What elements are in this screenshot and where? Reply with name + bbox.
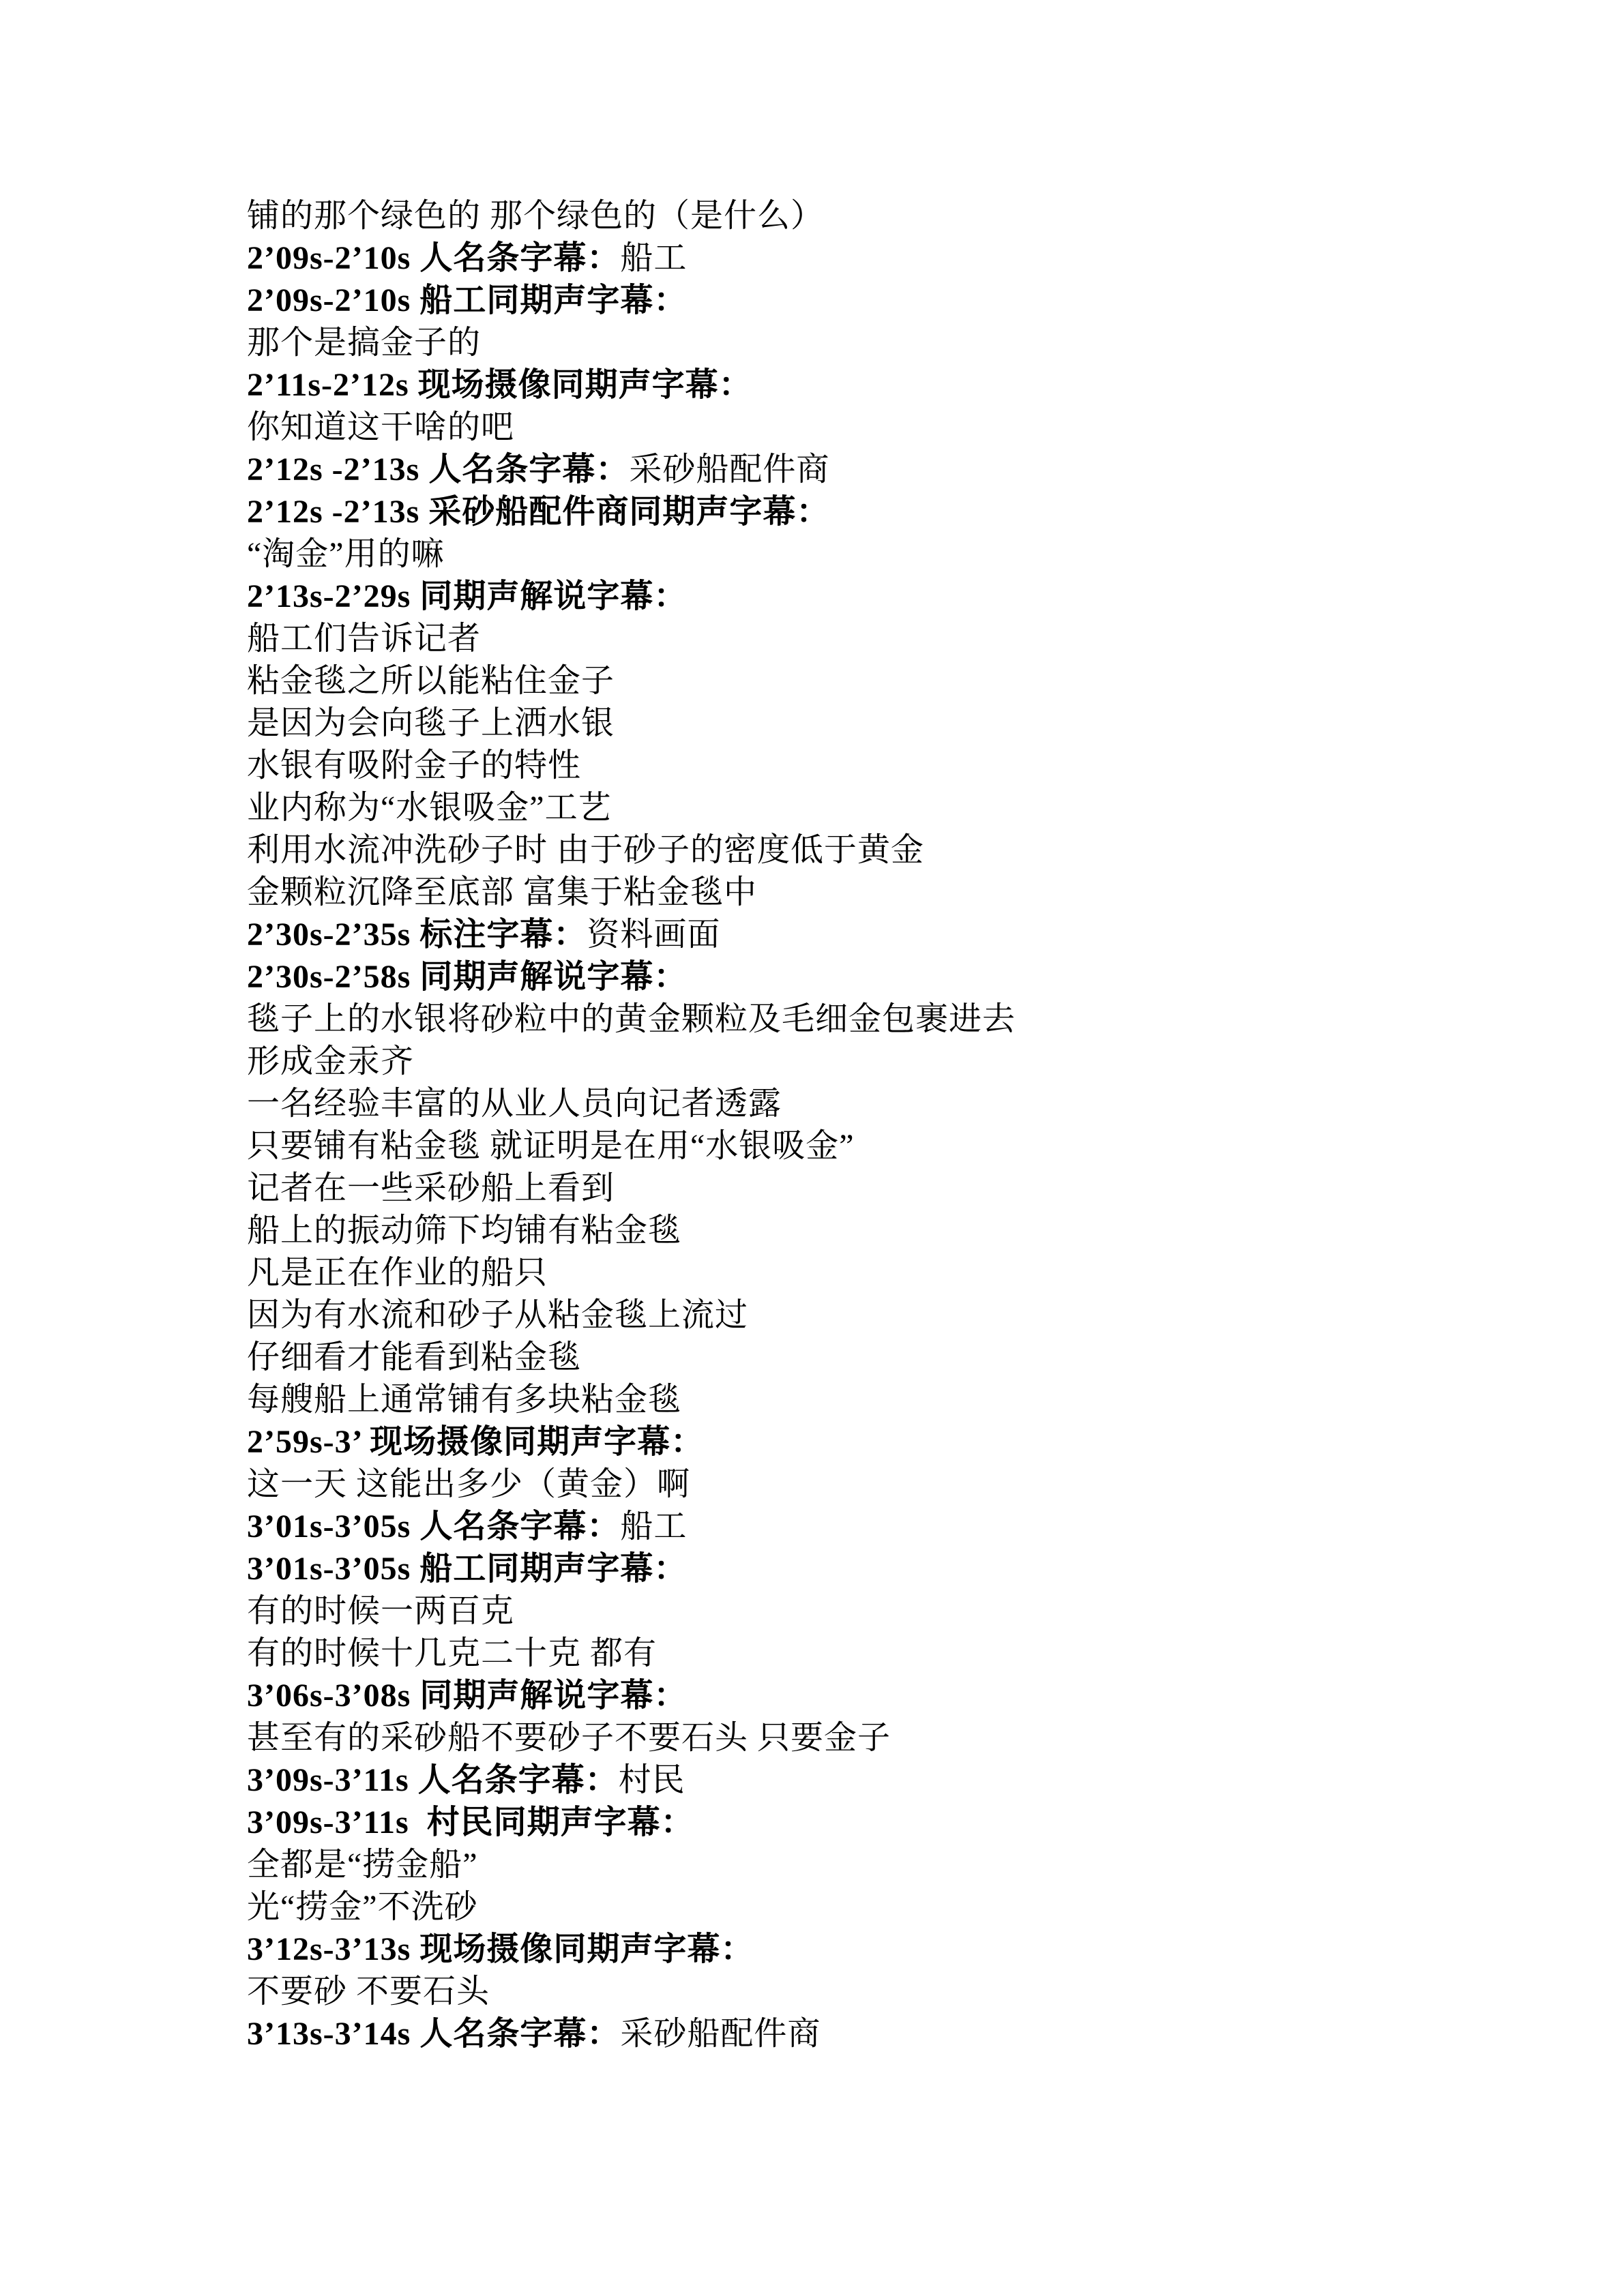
text-line: 2’13s-2’29s 同期声解说字幕： [247, 576, 1420, 618]
text-line: 2’12s -2’13s 人名条字幕：采砂船配件商 [247, 449, 1420, 491]
transcript-text-segment: 船工们告诉记者 [247, 621, 481, 657]
transcript-text-segment: 利用水流冲洗砂子时 由于砂子的密度低于黄金 [247, 832, 924, 868]
text-line: 2’30s-2’35s 标注字幕：资料画面 [247, 914, 1420, 956]
text-line: 光“捞金”不洗砂 [247, 1886, 1420, 1928]
text-line: 甚至有的采砂船不要砂子不要石头 只要金子 [247, 1717, 1420, 1759]
document-page: 铺的那个绿色的 那个绿色的（是什么）2’09s-2’10s 人名条字幕：船工2’… [0, 0, 1624, 2296]
transcript-text-segment: 有的时候一两百克 [247, 1593, 514, 1629]
text-line: 毯子上的水银将砂粒中的黄金颗粒及毛细金包裹进去 [247, 998, 1420, 1041]
text-line: 3’06s-3’08s 同期声解说字幕： [247, 1675, 1420, 1717]
text-line: 凡是正在作业的船只 [247, 1252, 1420, 1294]
text-line: 这一天 这能出多少（黄金）啊 [247, 1463, 1420, 1506]
transcript-text-segment: 水银有吸附金子的特性 [247, 747, 581, 784]
text-line: 3’12s-3’13s 现场摄像同期声字幕： [247, 1928, 1420, 1971]
text-line: 只要铺有粘金毯 就证明是在用“水银吸金” [247, 1125, 1420, 1167]
text-line: 不要砂 不要石头 [247, 1971, 1420, 2013]
text-line: 3’01s-3’05s 人名条字幕：船工 [247, 1506, 1420, 1548]
text-line: 那个是搞金子的 [247, 322, 1420, 364]
text-line: 2’12s -2’13s 采砂船配件商同期声字幕： [247, 491, 1420, 533]
transcript-text-segment: 粘金毯之所以能粘住金子 [247, 663, 615, 699]
transcript-text-segment: 资料画面 [587, 916, 720, 953]
transcript-text-segment: 每艘船上通常铺有多块粘金毯 [247, 1382, 681, 1418]
transcript-text-segment: “淘金”用的嘛 [247, 536, 445, 572]
transcript-text-segment: 毯子上的水银将砂粒中的黄金颗粒及毛细金包裹进去 [247, 1001, 1016, 1037]
text-line: 记者在一些采砂船上看到 [247, 1167, 1420, 1210]
text-line: 粘金毯之所以能粘住金子 [247, 660, 1420, 702]
text-line: 水银有吸附金子的特性 [247, 745, 1420, 787]
text-line: 利用水流冲洗砂子时 由于砂子的密度低于黄金 [247, 829, 1420, 871]
text-line: 3’01s-3’05s 船工同期声字幕： [247, 1548, 1420, 1590]
text-line: 金颗粒沉降至底部 富集于粘金毯中 [247, 871, 1420, 914]
transcript-text-segment: 仔细看才能看到粘金毯 [247, 1339, 581, 1375]
transcript-text-segment: 村民 [619, 1762, 685, 1798]
text-line: 铺的那个绿色的 那个绿色的（是什么） [247, 195, 1420, 237]
timestamp-label-segment: 3’09s-3’11s 村民同期声字幕： [247, 1804, 694, 1840]
timestamp-label-segment: 3’06s-3’08s 同期声解说字幕： [247, 1678, 687, 1714]
timestamp-label-segment: 2’30s-2’58s 同期声解说字幕： [247, 959, 687, 995]
text-line: 你知道这干啥的吧 [247, 406, 1420, 449]
transcript-text-segment: 因为有水流和砂子从粘金毯上流过 [247, 1297, 748, 1333]
transcript-text-segment: 采砂船配件商 [629, 451, 829, 488]
text-line: 3’09s-3’11s 村民同期声字幕： [247, 1802, 1420, 1844]
timestamp-label-segment: 2’09s-2’10s 船工同期声字幕： [247, 282, 687, 318]
transcript-text-segment: 是因为会向毯子上洒水银 [247, 705, 615, 741]
transcript-text-segment: 船工 [620, 240, 687, 276]
document-lines: 铺的那个绿色的 那个绿色的（是什么）2’09s-2’10s 人名条字幕：船工2’… [247, 195, 1420, 2055]
timestamp-label-segment: 2’12s -2’13s 采砂船配件商同期声字幕： [247, 494, 829, 530]
text-line: 2’30s-2’58s 同期声解说字幕： [247, 956, 1420, 998]
transcript-text-segment: 船工 [620, 1508, 687, 1545]
transcript-text-segment: 船上的振动筛下均铺有粘金毯 [247, 1212, 681, 1249]
timestamp-label-segment: 2’30s-2’35s 标注字幕： [247, 916, 587, 953]
text-line: 仔细看才能看到粘金毯 [247, 1337, 1420, 1379]
text-line: 业内称为“水银吸金”工艺 [247, 787, 1420, 829]
text-line: 2’09s-2’10s 船工同期声字幕： [247, 280, 1420, 322]
timestamp-label-segment: 3’12s-3’13s 现场摄像同期声字幕： [247, 1931, 754, 1967]
text-line: 2’11s-2’12s 现场摄像同期声字幕： [247, 364, 1420, 406]
timestamp-label-segment: 3’09s-3’11s 人名条字幕： [247, 1762, 619, 1798]
text-line: “淘金”用的嘛 [247, 533, 1420, 576]
transcript-text-segment: 铺的那个绿色的 那个绿色的（是什么） [247, 198, 824, 234]
timestamp-label-segment: 2’12s -2’13s 人名条字幕： [247, 451, 629, 488]
text-line: 3’09s-3’11s 人名条字幕：村民 [247, 1759, 1420, 1802]
timestamp-label-segment: 2’11s-2’12s 现场摄像同期声字幕： [247, 367, 752, 403]
transcript-text-segment: 甚至有的采砂船不要砂子不要石头 只要金子 [247, 1720, 891, 1756]
text-line: 有的时候一两百克 [247, 1590, 1420, 1632]
transcript-text-segment: 全都是“捞金船” [247, 1847, 478, 1883]
timestamp-label-segment: 2’09s-2’10s 人名条字幕： [247, 240, 620, 276]
text-line: 一名经验丰富的从业人员向记者透露 [247, 1083, 1420, 1125]
transcript-text-segment: 一名经验丰富的从业人员向记者透露 [247, 1086, 782, 1122]
transcript-text-segment: 那个是搞金子的 [247, 325, 481, 361]
transcript-text-segment: 不要砂 不要石头 [247, 1973, 490, 2010]
timestamp-label-segment: 2’59s-3’ 现场摄像同期声字幕： [247, 1424, 704, 1460]
text-line: 船工们告诉记者 [247, 618, 1420, 660]
transcript-text-segment: 有的时候十几克二十克 都有 [247, 1635, 657, 1671]
text-line: 每艘船上通常铺有多块粘金毯 [247, 1379, 1420, 1421]
text-line: 是因为会向毯子上洒水银 [247, 702, 1420, 745]
timestamp-label-segment: 3’01s-3’05s 船工同期声字幕： [247, 1551, 687, 1587]
transcript-text-segment: 业内称为“水银吸金”工艺 [247, 790, 612, 826]
transcript-text-segment: 这一天 这能出多少（黄金）啊 [247, 1466, 690, 1502]
timestamp-label-segment: 3’13s-3’14s 人名条字幕： [247, 2016, 620, 2052]
text-line: 全都是“捞金船” [247, 1844, 1420, 1886]
transcript-text-segment: 光“捞金”不洗砂 [247, 1889, 478, 1925]
transcript-text-segment: 形成金汞齐 [247, 1043, 414, 1079]
transcript-text-segment: 金颗粒沉降至底部 富集于粘金毯中 [247, 874, 757, 910]
timestamp-label-segment: 3’01s-3’05s 人名条字幕： [247, 1508, 620, 1545]
text-line: 船上的振动筛下均铺有粘金毯 [247, 1210, 1420, 1252]
transcript-text-segment: 记者在一些采砂船上看到 [247, 1170, 615, 1206]
text-line: 形成金汞齐 [247, 1041, 1420, 1083]
transcript-text-segment: 凡是正在作业的船只 [247, 1255, 548, 1291]
document-content: 铺的那个绿色的 那个绿色的（是什么）2’09s-2’10s 人名条字幕：船工2’… [247, 195, 1420, 2055]
text-line: 有的时候十几克二十克 都有 [247, 1632, 1420, 1675]
transcript-text-segment: 只要铺有粘金毯 就证明是在用“水银吸金” [247, 1128, 855, 1164]
text-line: 2’59s-3’ 现场摄像同期声字幕： [247, 1421, 1420, 1463]
text-line: 2’09s-2’10s 人名条字幕：船工 [247, 237, 1420, 280]
transcript-text-segment: 你知道这干啥的吧 [247, 409, 514, 445]
text-line: 因为有水流和砂子从粘金毯上流过 [247, 1294, 1420, 1337]
transcript-text-segment: 采砂船配件商 [620, 2016, 821, 2052]
text-line: 3’13s-3’14s 人名条字幕：采砂船配件商 [247, 2013, 1420, 2055]
timestamp-label-segment: 2’13s-2’29s 同期声解说字幕： [247, 578, 687, 614]
